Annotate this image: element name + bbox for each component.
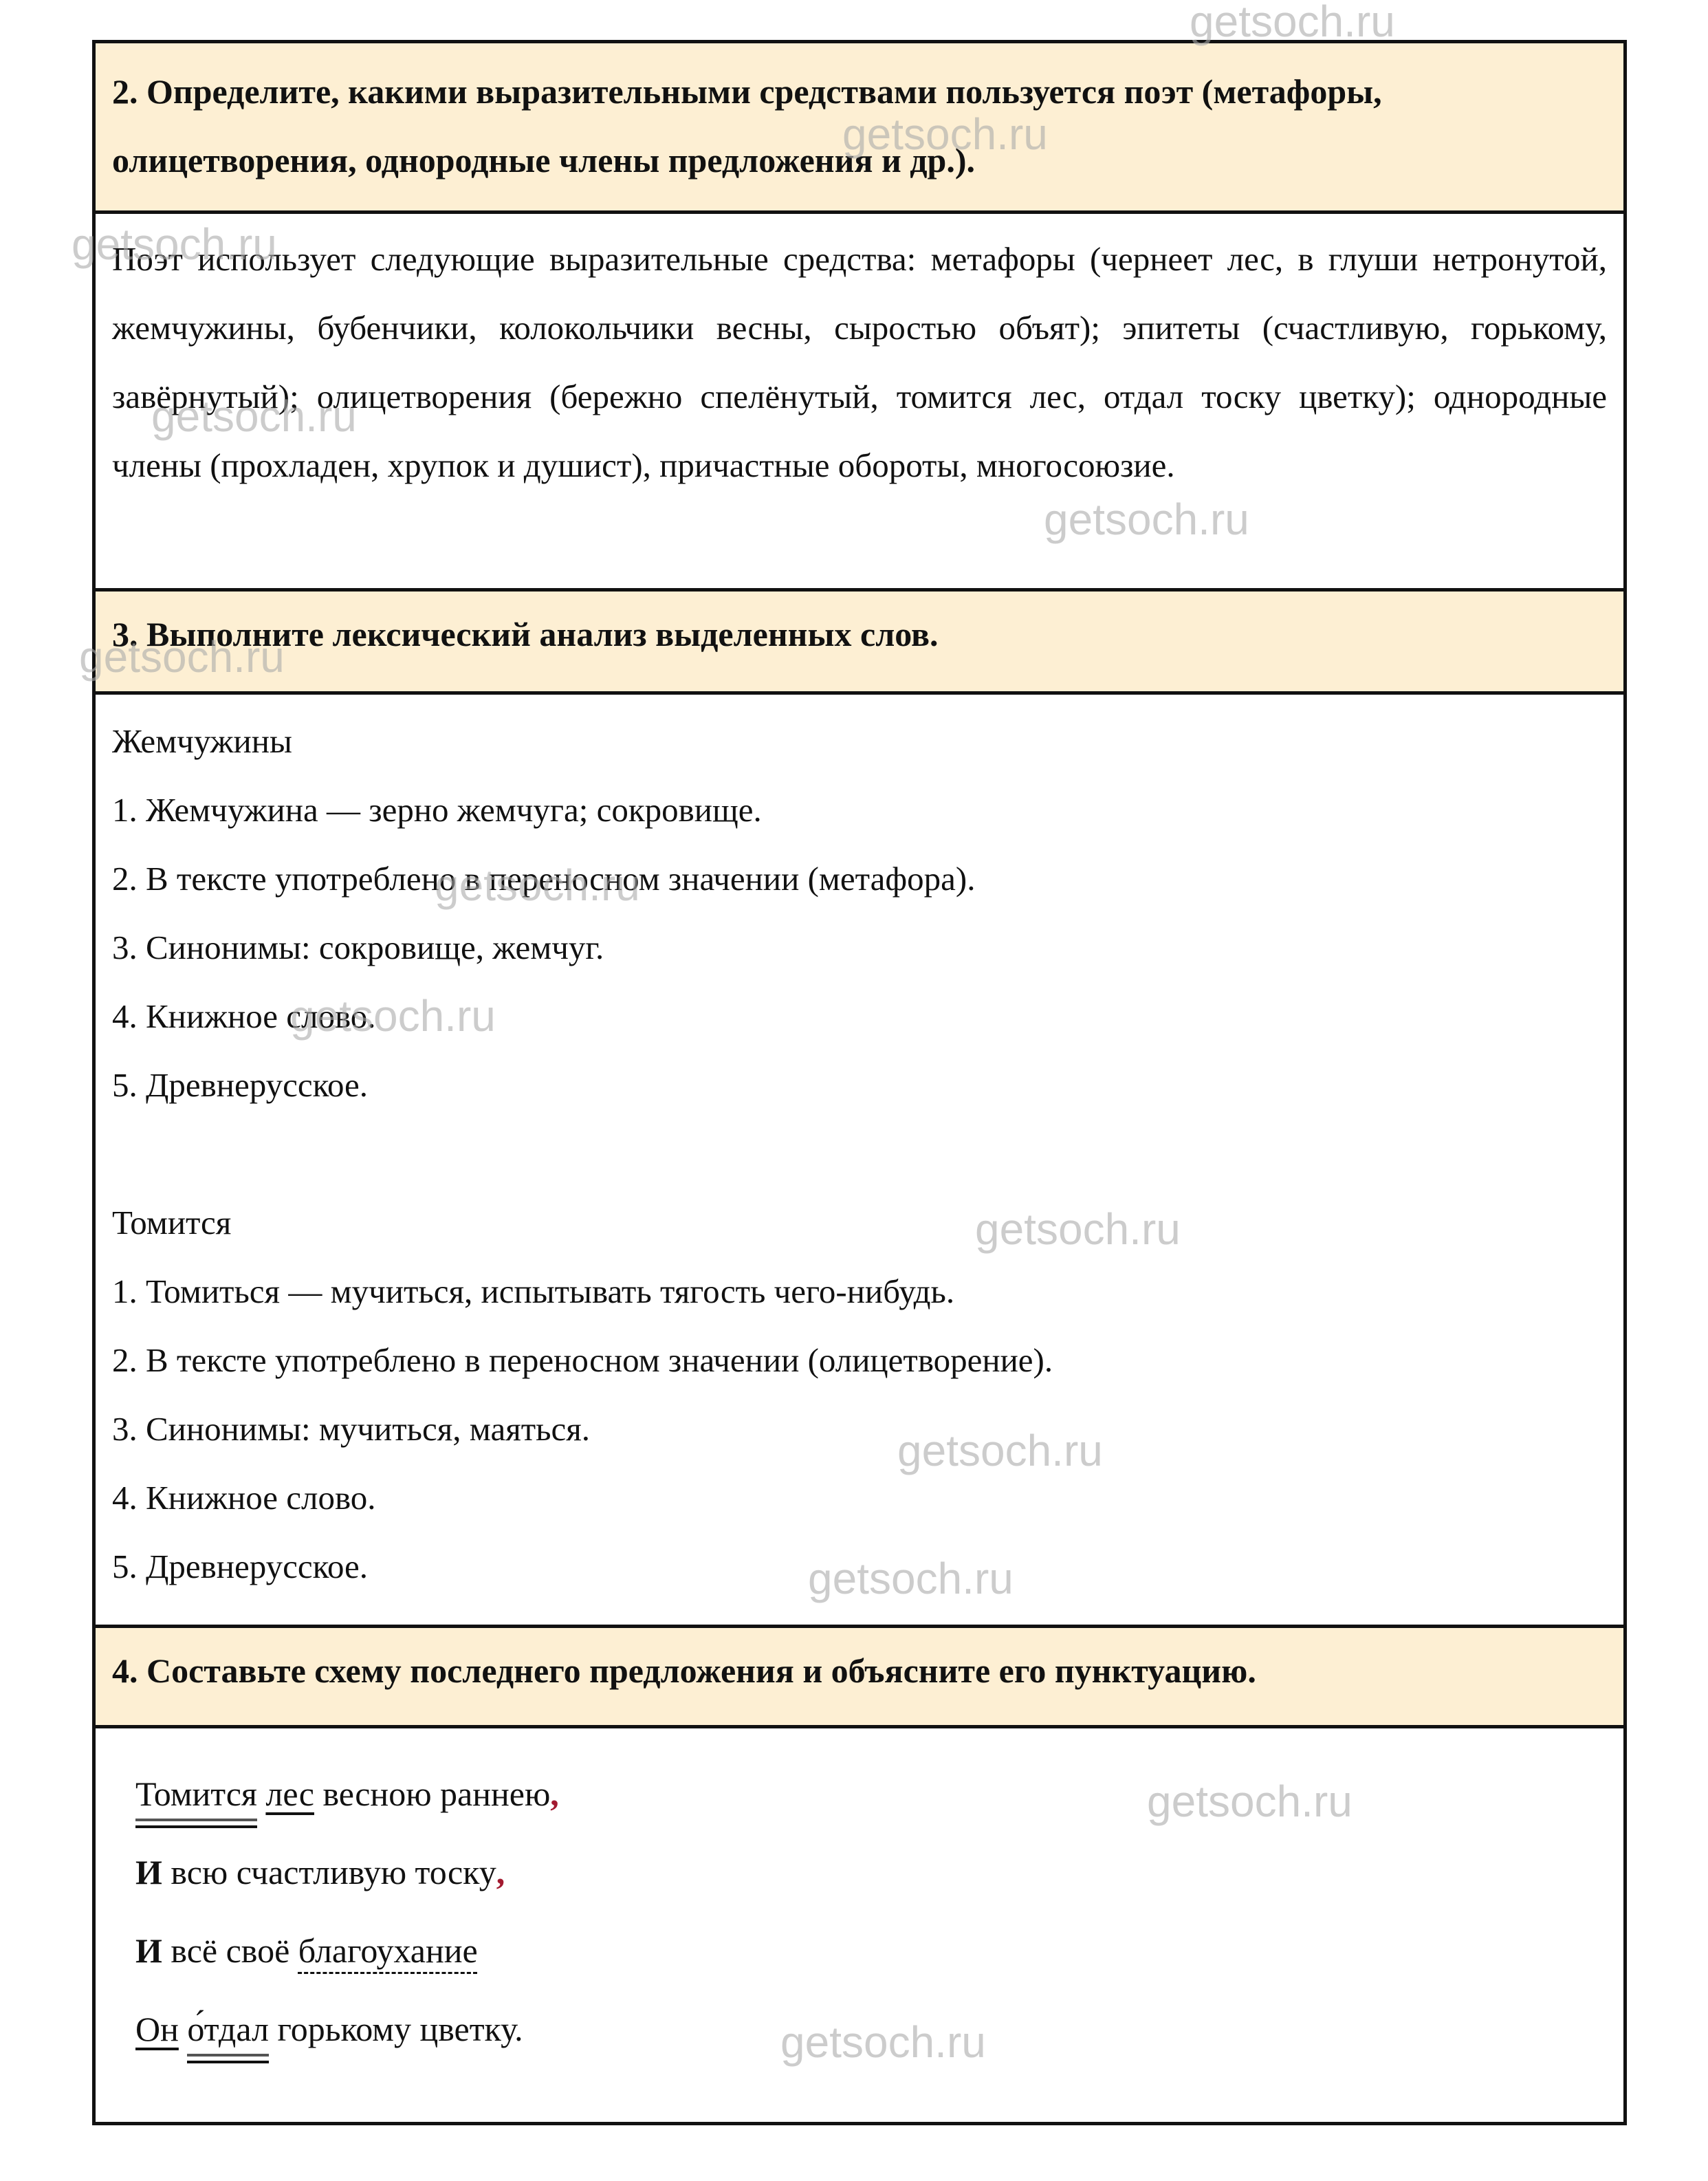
diagram-line-4: Он о́тдал горькому цветку. xyxy=(135,1990,1607,2068)
conjunction: И xyxy=(135,1853,162,1891)
question-2-line-2: олицетворения, однородные члены предложе… xyxy=(112,126,1607,195)
lex-item: 2. В тексте употреблено в переносном зна… xyxy=(112,1326,1607,1395)
question-2-header: 2. Определите, какими выразительными сре… xyxy=(96,43,1623,214)
predicate: о́тдал xyxy=(187,2010,269,2048)
question-2-line-1: 2. Определите, какими выразительными сре… xyxy=(112,57,1607,126)
answer-2-text: Поэт использует следующие выразительные … xyxy=(112,225,1607,500)
subject: Он xyxy=(135,2010,179,2048)
sentence-diagram: Томится лес весною раннею, И всю счастли… xyxy=(96,1728,1623,2122)
red-comma: , xyxy=(550,1775,559,1813)
diagram-line-1: Томится лес весною раннею, xyxy=(135,1755,1607,1833)
lex-item: 4. Книжное слово. xyxy=(112,1464,1607,1532)
lex-item: 1. Томиться — мучиться, испытывать тягос… xyxy=(112,1257,1607,1326)
object: благоухание xyxy=(298,1931,478,1970)
lex-item: 4. Книжное слово. xyxy=(112,982,1607,1051)
lex-item: 5. Древнерусское. xyxy=(112,1051,1607,1120)
spacer xyxy=(112,1120,1607,1189)
subject: лес xyxy=(265,1775,314,1813)
predicate: Томится xyxy=(135,1775,257,1813)
question-3-text: 3. Выполните лексический анализ выделенн… xyxy=(112,607,1607,662)
diagram-line-2: И всю счастливую тоску, xyxy=(135,1833,1607,1911)
question-3-header: 3. Выполните лексический анализ выделенн… xyxy=(96,592,1623,695)
red-comma: , xyxy=(496,1853,505,1891)
lex-item: 5. Древнерусское. xyxy=(112,1532,1607,1601)
answer-2-body: Поэт использует следующие выразительные … xyxy=(96,214,1623,592)
lex-item: 3. Синонимы: сокровище, жемчуг. xyxy=(112,913,1607,982)
lex-item: 1. Жемчужина — зерно жемчуга; сокровище. xyxy=(112,776,1607,845)
diagram-line-3: И всё своё благоухание xyxy=(135,1911,1607,1990)
lex-item: 2. В тексте употреблено в переносном зна… xyxy=(112,845,1607,913)
conjunction: И xyxy=(135,1931,162,1970)
lex-word-2: Томится xyxy=(112,1189,1607,1257)
lex-word-1: Жемчужины xyxy=(112,707,1607,776)
lex-item: 3. Синонимы: мучиться, маяться. xyxy=(112,1395,1607,1464)
question-4-text: 4. Составьте схему последнего предложени… xyxy=(112,1643,1607,1698)
question-4-header: 4. Составьте схему последнего предложени… xyxy=(96,1628,1623,1728)
answer-table: 2. Определите, какими выразительными сре… xyxy=(92,40,1627,2125)
answer-3-body: Жемчужины 1. Жемчужина — зерно жемчуга; … xyxy=(96,695,1623,1628)
